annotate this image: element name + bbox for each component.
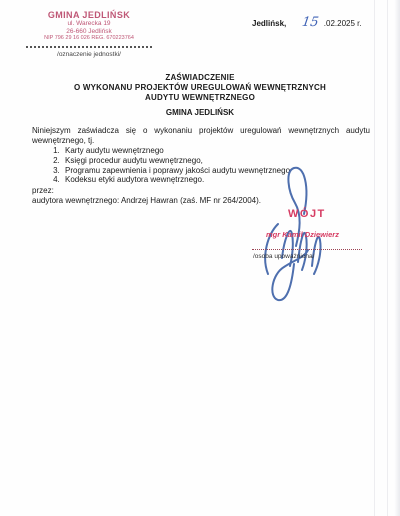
dateline: Jedlińsk, 15 .02.2025 r. bbox=[252, 15, 362, 30]
unit-stamp-street: ul. Warecka 19 bbox=[18, 20, 160, 28]
unit-stamp-name: GMINA JEDLIŃSK bbox=[18, 10, 160, 20]
document-title: ZAŚWIADCZENIE O WYKONANU PROJEKTÓW UREGU… bbox=[0, 73, 400, 103]
authorized-person-caption: /osoba upoważniona/ bbox=[253, 253, 314, 260]
title-line-3: AUDYTU WEWNĘTRZNEGO bbox=[0, 93, 400, 103]
title-subject: GMINA JEDLIŃSK bbox=[0, 108, 400, 117]
dotted-line bbox=[26, 46, 152, 48]
body-paragraph: Niniejszym zaświadcza się o wykonaniu pr… bbox=[32, 126, 370, 146]
wojt-stamp-name: mgr Kamil Dziewierz bbox=[266, 230, 339, 239]
signature-dotted-line bbox=[252, 249, 362, 250]
wojt-stamp-title: WÓJT bbox=[288, 208, 326, 220]
title-line-1: ZAŚWIADCZENIE bbox=[0, 73, 400, 83]
auditor-line: audytora wewnętrznego: Andrzej Hawran (z… bbox=[32, 196, 261, 205]
dateline-place: Jedlińsk, bbox=[252, 19, 286, 28]
document-page: GMINA JEDLIŃSK ul. Warecka 19 26-660 Jed… bbox=[0, 0, 400, 516]
handwritten-day: 15 bbox=[301, 15, 320, 30]
list-item: Karty audytu wewnętrznego bbox=[62, 146, 290, 156]
title-line-2: O WYKONANU PROJEKTÓW UREGULOWAŃ WEWNĘTRZ… bbox=[0, 83, 400, 93]
dateline-date: .02.2025 r. bbox=[324, 19, 362, 28]
unit-stamp: GMINA JEDLIŃSK ul. Warecka 19 26-660 Jed… bbox=[18, 10, 160, 42]
unit-stamp-city: 26-660 Jedlińsk bbox=[18, 28, 160, 36]
unit-stamp-ids: NIP 796 29 16 026 REG. 670223764 bbox=[18, 35, 160, 42]
unit-stamp-caption: /oznaczenie jednostki/ bbox=[18, 51, 160, 58]
przez-label: przez: bbox=[32, 186, 54, 195]
